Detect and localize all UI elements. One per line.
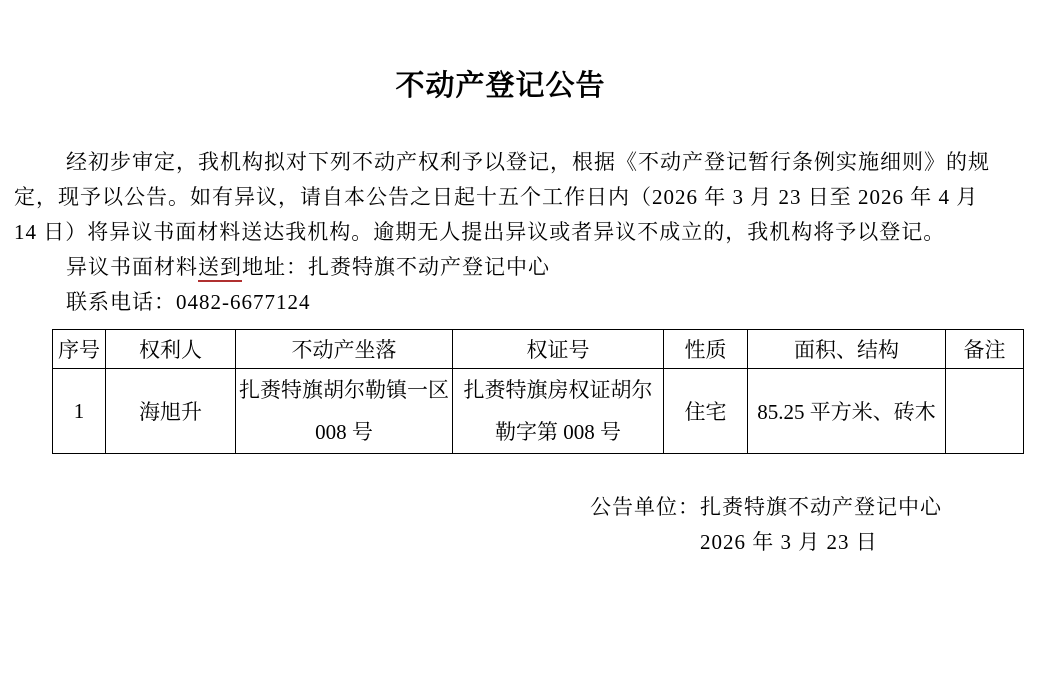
notice-paragraph-line-1: 经初步审定，我机构拟对下列不动产权利予以登记，根据《不动产登记暂行条例实施细则》… [14, 145, 1029, 180]
cell-remark [946, 369, 1024, 454]
cell-certificate-no: 扎赉特旗房权证胡尔 勒字第 008 号 [453, 369, 664, 454]
header-nature: 性质 [664, 330, 748, 369]
header-right-holder: 权利人 [106, 330, 236, 369]
cell-area-structure: 85.25 平方米、砖木 [748, 369, 946, 454]
notice-paragraph-line-2: 定，现予以公告。如有异议，请自本公告之日起十五个工作日内（2026 年 3 月 … [14, 180, 1029, 215]
address-line: 异议书面材料送到地址：扎赉特旗不动产登记中心 [14, 250, 1029, 285]
header-area-structure: 面积、结构 [748, 330, 946, 369]
cell-seq: 1 [53, 369, 106, 454]
cell-nature: 住宅 [664, 369, 748, 454]
table-header-row: 序号 权利人 不动产坐落 权证号 性质 面积、结构 备注 [53, 330, 1024, 369]
cell-property-location: 扎赉特旗胡尔勒镇一区 008 号 [236, 369, 453, 454]
phone-line: 联系电话：0482-6677124 [14, 285, 1029, 320]
document-page: 不动产登记公告 经初步审定，我机构拟对下列不动产权利予以登记，根据《不动产登记暂… [0, 0, 1043, 700]
header-seq: 序号 [53, 330, 106, 369]
notice-paragraph-line-3: 14 日）将异议书面材料送达我机构。逾期无人提出异议或者异议不成立的，我机构将予… [14, 215, 1029, 250]
registration-table: 序号 权利人 不动产坐落 权证号 性质 面积、结构 备注 1 海旭升 扎赉特旗胡… [52, 329, 1024, 454]
footer-announcing-unit: 公告单位：扎赉特旗不动产登记中心 [590, 494, 942, 520]
cell-right-holder: 海旭升 [106, 369, 236, 454]
footer-date: 2026 年 3 月 23 日 [700, 529, 878, 555]
misspelled-word: 送到 [198, 255, 242, 282]
address-line-prefix: 异议书面材料 [66, 255, 198, 279]
address-line-suffix: 地址：扎赉特旗不动产登记中心 [242, 255, 550, 279]
header-property-location: 不动产坐落 [236, 330, 453, 369]
header-certificate-no: 权证号 [453, 330, 664, 369]
table-row: 1 海旭升 扎赉特旗胡尔勒镇一区 008 号 扎赉特旗房权证胡尔 勒字第 008… [53, 369, 1024, 454]
notice-body: 经初步审定，我机构拟对下列不动产权利予以登记，根据《不动产登记暂行条例实施细则》… [14, 145, 1029, 320]
page-title: 不动产登记公告 [0, 66, 1001, 106]
header-remark: 备注 [946, 330, 1024, 369]
